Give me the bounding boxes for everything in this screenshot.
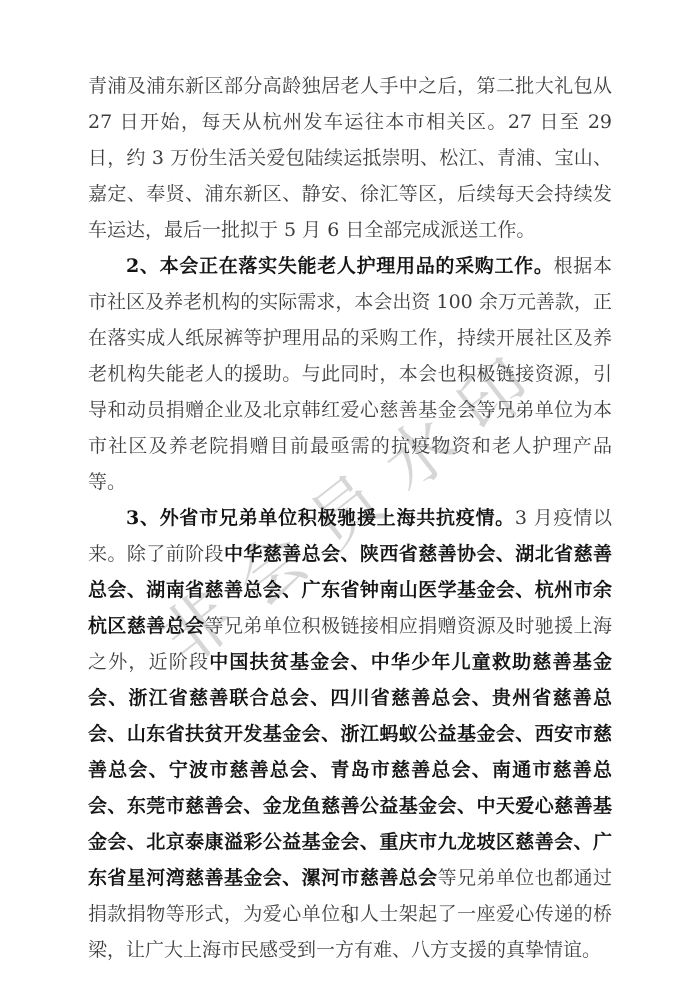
emphasis-text: 中国扶贫基金会、中华少年儿童救助慈善基金会、浙江省慈善联合总会、四川省慈善总会、… [88,651,612,889]
page-number: 3 [0,912,700,927]
emphasis-text: 3、外省市兄弟单位积极驰援上海共抗疫情。 [126,507,515,529]
paragraph-2: 2、本会正在落实失能老人护理用品的采购工作。根据本市社区及养老机构的实际需求，本… [88,248,612,500]
paragraph-3: 3、外省市兄弟单位积极驰援上海共抗疫情。3 月疫情以来。除了前阶段中华慈善总会、… [88,500,612,968]
body-text: 青浦及浦东新区部分高龄独居老人手中之后，第二批大礼包从 27 日开始，每天从杭州… [88,75,612,241]
body-text: 根据本市社区及养老机构的实际需求，本会出资 100 余万元善款，正在落实成人纸尿… [88,255,612,493]
paragraph-1: 青浦及浦东新区部分高龄独居老人手中之后，第二批大礼包从 27 日开始，每天从杭州… [88,68,612,248]
document-page: 非会员水印 青浦及浦东新区部分高龄独居老人手中之后，第二批大礼包从 27 日开始… [0,0,700,990]
document-body: 青浦及浦东新区部分高龄独居老人手中之后，第二批大礼包从 27 日开始，每天从杭州… [88,68,612,968]
emphasis-text: 2、本会正在落实失能老人护理用品的采购工作。 [126,255,554,277]
